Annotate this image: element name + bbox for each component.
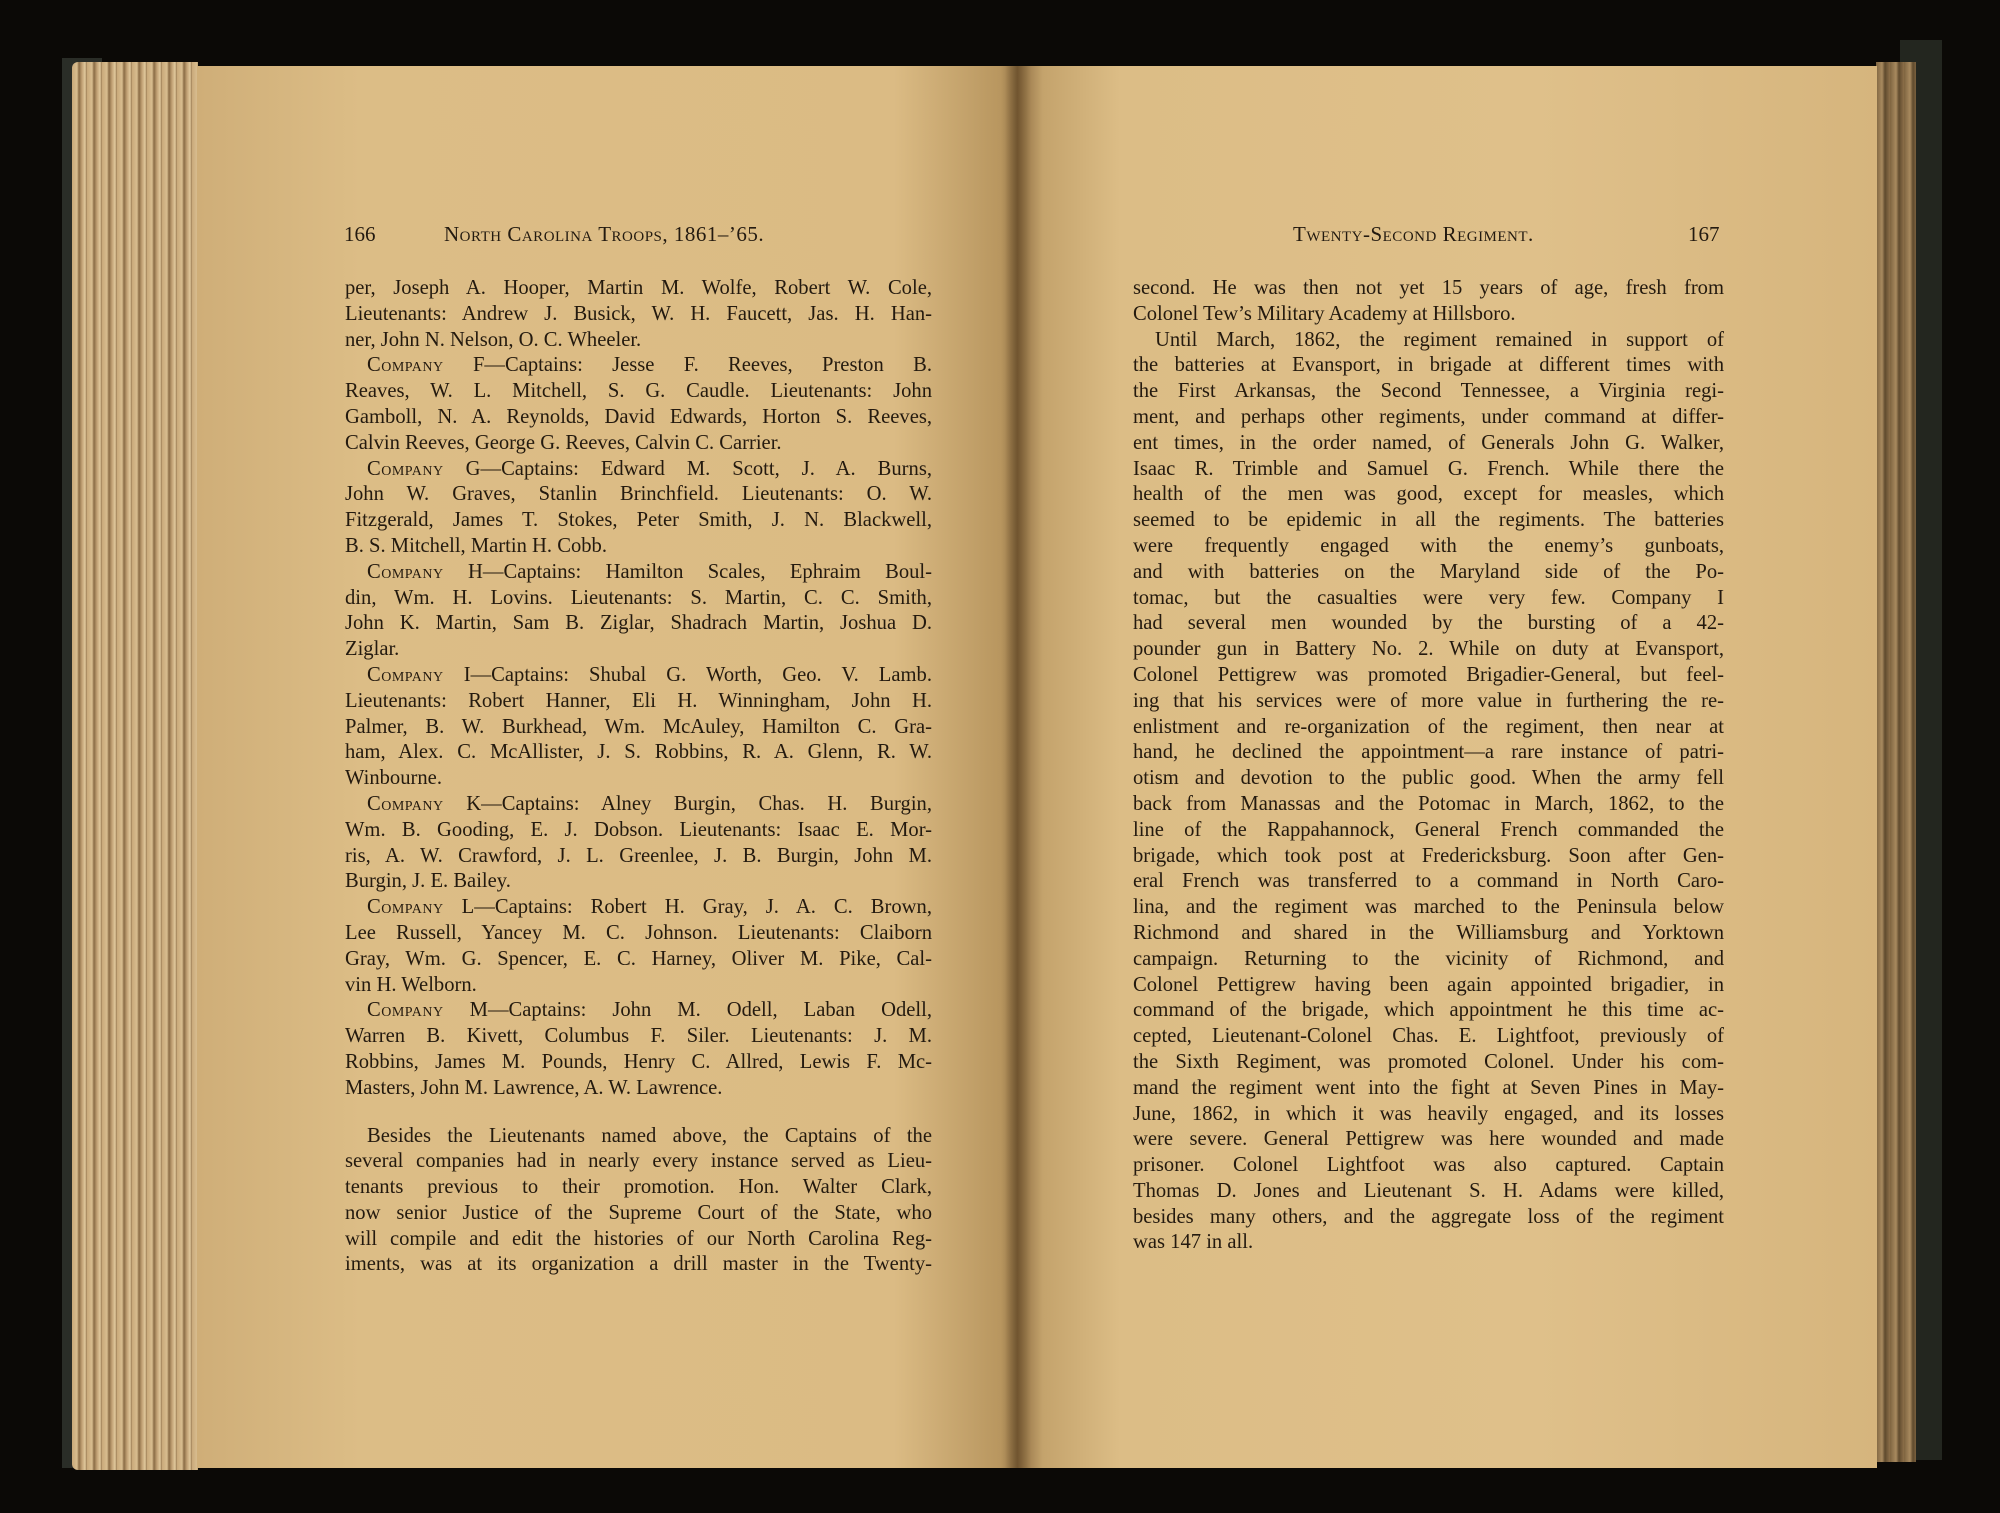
line-text: were frequently engaged with the enemy’s… (1133, 535, 1724, 557)
line-text: will compile and edit the histories of o… (345, 1228, 932, 1250)
text-line: cepted, Lieutenant-Colonel Chas. E. Ligh… (1133, 1024, 1724, 1050)
company-label: Company (367, 458, 444, 480)
line-text: Until March, 1862, the regiment remained… (1155, 329, 1724, 351)
book-gutter (1005, 66, 1031, 1468)
text-line: Company M—Captains: John M. Odell, Laban… (345, 998, 932, 1024)
company-label: Company (367, 793, 444, 815)
text-line: Burgin, J. E. Bailey. (345, 869, 932, 895)
text-line: had several men wounded by the bursting … (1133, 611, 1724, 637)
line-text: health of the men was good, except for m… (1133, 483, 1724, 505)
text-line: per, Joseph A. Hooper, Martin M. Wolfe, … (345, 276, 932, 302)
line-text: hand, he declined the appointment—a rare… (1133, 741, 1724, 763)
line-text: the Sixth Regiment, was promoted Colonel… (1133, 1051, 1724, 1073)
line-text: besides many others, and the aggregate l… (1133, 1206, 1724, 1228)
line-text: Robbins, James M. Pounds, Henry C. Allre… (345, 1051, 932, 1073)
line-text: was 147 in all. (1133, 1231, 1253, 1253)
line-text: ing that his services were of more value… (1133, 690, 1724, 712)
page-edges-left (72, 62, 198, 1470)
text-line: was 147 in all. (1133, 1230, 1724, 1256)
text-line: Thomas D. Jones and Lieutenant S. H. Ada… (1133, 1179, 1724, 1205)
line-text: Lieutenants: Andrew J. Busick, W. H. Fau… (345, 303, 932, 325)
text-line: Company I—Captains: Shubal G. Worth, Geo… (345, 663, 932, 689)
line-text: prisoner. Colonel Lightfoot was also cap… (1133, 1154, 1724, 1176)
line-text: Masters, John M. Lawrence, A. W. Lawrenc… (345, 1077, 722, 1099)
text-line: brigade, which took post at Fredericksbu… (1133, 844, 1724, 870)
text-line: Company H—Captains: Hamilton Scales, Eph… (345, 560, 932, 586)
text-line: the Sixth Regiment, was promoted Colonel… (1133, 1050, 1724, 1076)
text-line: seemed to be epidemic in all the regimen… (1133, 508, 1724, 534)
text-line: and with batteries on the Maryland side … (1133, 560, 1724, 586)
line-text: line of the Rappahannock, General French… (1133, 819, 1724, 841)
line-text: Fitzgerald, James T. Stokes, Peter Smith… (345, 509, 932, 531)
text-line: Isaac R. Trimble and Samuel G. French. W… (1133, 457, 1724, 483)
text-line: campaign. Returning to the vicinity of R… (1133, 947, 1724, 973)
text-line: now senior Justice of the Supreme Court … (345, 1201, 932, 1227)
company-label: Company (367, 354, 444, 376)
line-text: enlistment and re-organization of the re… (1133, 716, 1724, 738)
line-text: ner, John N. Nelson, O. C. Wheeler. (345, 329, 641, 351)
text-line: Lee Russell, Yancey M. C. Johnson. Lieut… (345, 921, 932, 947)
text-line: Reaves, W. L. Mitchell, S. G. Caudle. Li… (345, 379, 932, 405)
text-line: Ziglar. (345, 637, 932, 663)
line-text: F—Captains: Jesse F. Reeves, Preston B. (444, 354, 932, 376)
page-edges-right (1876, 62, 1916, 1462)
line-text: pounder gun in Battery No. 2. While on d… (1133, 638, 1724, 660)
text-line: Palmer, B. W. Burkhead, Wm. McAuley, Ham… (345, 715, 932, 741)
text-line: the batteries at Evansport, in brigade a… (1133, 353, 1724, 379)
line-text: second. He was then not yet 15 years of … (1133, 277, 1724, 299)
line-text: command of the brigade, which appointmen… (1133, 999, 1724, 1021)
line-text: Burgin, J. E. Bailey. (345, 870, 511, 892)
line-text: Winbourne. (345, 767, 442, 789)
text-line: Richmond and shared in the Williamsburg … (1133, 921, 1724, 947)
text-line: June, 1862, in which it was heavily enga… (1133, 1102, 1724, 1128)
text-line: pounder gun in Battery No. 2. While on d… (1133, 637, 1724, 663)
text-line: John W. Graves, Stanlin Brinchfield. Lie… (345, 482, 932, 508)
text-line: lina, and the regiment was marched to th… (1133, 895, 1724, 921)
text-line: ent times, in the order named, of Genera… (1133, 431, 1724, 457)
line-text: back from Manassas and the Potomac in Ma… (1133, 793, 1724, 815)
line-text: per, Joseph A. Hooper, Martin M. Wolfe, … (345, 277, 932, 299)
line-text: several companies had in nearly every in… (345, 1150, 932, 1172)
left-page-body: per, Joseph A. Hooper, Martin M. Wolfe, … (345, 276, 932, 1278)
line-text: were severe. General Pettigrew was here … (1133, 1128, 1724, 1150)
line-text: tenants previous to their promotion. Hon… (345, 1176, 932, 1198)
text-line: ris, A. W. Crawford, J. L. Greenlee, J. … (345, 844, 932, 870)
text-line: eral French was transferred to a command… (1133, 869, 1724, 895)
line-text: tomac, but the casualties were very few.… (1133, 587, 1724, 609)
text-line: command of the brigade, which appointmen… (1133, 998, 1724, 1024)
text-line: otism and devotion to the public good. W… (1133, 766, 1724, 792)
text-line: mand the regiment went into the fight at… (1133, 1076, 1724, 1102)
line-text: iments, was at its organization a drill … (345, 1253, 932, 1275)
left-page-number: 166 (344, 222, 376, 247)
text-line: ing that his services were of more value… (1133, 689, 1724, 715)
text-line: line of the Rappahannock, General French… (1133, 818, 1724, 844)
text-line: Company K—Captains: Alney Burgin, Chas. … (345, 792, 932, 818)
line-text: L—Captains: Robert H. Gray, J. A. C. Bro… (444, 896, 932, 918)
line-text: campaign. Returning to the vicinity of R… (1133, 948, 1724, 970)
text-line: prisoner. Colonel Lightfoot was also cap… (1133, 1153, 1724, 1179)
text-line: Colonel Pettigrew was promoted Brigadier… (1133, 663, 1724, 689)
line-text: Thomas D. Jones and Lieutenant S. H. Ada… (1133, 1180, 1724, 1202)
line-text: ment, and perhaps other regiments, under… (1133, 406, 1724, 428)
line-text: Palmer, B. W. Burkhead, Wm. McAuley, Ham… (345, 716, 932, 738)
line-text: Besides the Lieutenants named above, the… (367, 1125, 932, 1147)
text-line: Masters, John M. Lawrence, A. W. Lawrenc… (345, 1076, 932, 1102)
company-label: Company (367, 561, 444, 583)
line-text: eral French was transferred to a command… (1133, 870, 1724, 892)
line-text: din, Wm. H. Lovins. Lieutenants: S. Mart… (345, 587, 932, 609)
text-line: ment, and perhaps other regiments, under… (1133, 405, 1724, 431)
line-text: Warren B. Kivett, Columbus F. Siler. Lie… (345, 1025, 932, 1047)
text-line: Gray, Wm. G. Spencer, E. C. Harney, Oliv… (345, 947, 932, 973)
text-line: ham, Alex. C. McAllister, J. S. Robbins,… (345, 740, 932, 766)
line-text: now senior Justice of the Supreme Court … (345, 1202, 932, 1224)
line-text: G—Captains: Edward M. Scott, J. A. Burns… (444, 458, 932, 480)
text-line: Company L—Captains: Robert H. Gray, J. A… (345, 895, 932, 921)
text-line: back from Manassas and the Potomac in Ma… (1133, 792, 1724, 818)
text-line: tomac, but the casualties were very few.… (1133, 586, 1724, 612)
text-line: were frequently engaged with the enemy’s… (1133, 534, 1724, 560)
line-text: lina, and the regiment was marched to th… (1133, 896, 1724, 918)
text-line: vin H. Welborn. (345, 973, 932, 999)
text-line: Warren B. Kivett, Columbus F. Siler. Lie… (345, 1024, 932, 1050)
line-text: Colonel Pettigrew having been again appo… (1133, 974, 1724, 996)
company-label: Company (367, 664, 444, 686)
text-line: the First Arkansas, the Second Tennessee… (1133, 379, 1724, 405)
text-line: several companies had in nearly every in… (345, 1149, 932, 1175)
line-text: ent times, in the order named, of Genera… (1133, 432, 1724, 454)
line-text: the First Arkansas, the Second Tennessee… (1133, 380, 1724, 402)
line-text: and with batteries on the Maryland side … (1133, 561, 1724, 583)
text-line: Colonel Tew’s Military Academy at Hillsb… (1133, 302, 1724, 328)
line-text: Lieutenants: Robert Hanner, Eli H. Winni… (345, 690, 932, 712)
line-text: Gray, Wm. G. Spencer, E. C. Harney, Oliv… (345, 948, 932, 970)
line-text: vin H. Welborn. (345, 974, 477, 996)
text-line: enlistment and re-organization of the re… (1133, 715, 1724, 741)
line-text: M—Captains: John M. Odell, Laban Odell, (444, 999, 932, 1021)
text-line: B. S. Mitchell, Martin H. Cobb. (345, 534, 932, 560)
text-line: Until March, 1862, the regiment remained… (1133, 328, 1724, 354)
text-line: Lieutenants: Andrew J. Busick, W. H. Fau… (345, 302, 932, 328)
text-line: health of the men was good, except for m… (1133, 482, 1724, 508)
text-line: ner, John N. Nelson, O. C. Wheeler. (345, 328, 932, 354)
text-line: Winbourne. (345, 766, 932, 792)
text-line: second. He was then not yet 15 years of … (1133, 276, 1724, 302)
line-text: Calvin Reeves, George G. Reeves, Calvin … (345, 432, 782, 454)
line-text: June, 1862, in which it was heavily enga… (1133, 1103, 1724, 1125)
right-running-head: Twenty-Second Regiment. (1293, 222, 1534, 247)
line-text: ris, A. W. Crawford, J. L. Greenlee, J. … (345, 845, 932, 867)
text-line: din, Wm. H. Lovins. Lieutenants: S. Mart… (345, 586, 932, 612)
line-text: B. S. Mitchell, Martin H. Cobb. (345, 535, 607, 557)
line-text: I—Captains: Shubal G. Worth, Geo. V. Lam… (444, 664, 932, 686)
text-line: besides many others, and the aggregate l… (1133, 1205, 1724, 1231)
text-line: John K. Martin, Sam B. Ziglar, Shadrach … (345, 611, 932, 637)
line-text: Richmond and shared in the Williamsburg … (1133, 922, 1724, 944)
left-running-head: North Carolina Troops, 1861–’65. (444, 222, 764, 247)
text-line: hand, he declined the appointment—a rare… (1133, 740, 1724, 766)
right-page-number: 167 (1688, 222, 1720, 247)
line-text: Gamboll, N. A. Reynolds, David Edwards, … (345, 406, 932, 428)
line-text: brigade, which took post at Fredericksbu… (1133, 845, 1724, 867)
line-text: Ziglar. (345, 638, 399, 660)
line-text: cepted, Lieutenant-Colonel Chas. E. Ligh… (1133, 1025, 1724, 1047)
text-line: iments, was at its organization a drill … (345, 1252, 932, 1278)
line-text: the batteries at Evansport, in brigade a… (1133, 354, 1724, 376)
text-line: were severe. General Pettigrew was here … (1133, 1127, 1724, 1153)
line-text: John W. Graves, Stanlin Brinchfield. Lie… (345, 483, 932, 505)
text-line: Lieutenants: Robert Hanner, Eli H. Winni… (345, 689, 932, 715)
text-line: Gamboll, N. A. Reynolds, David Edwards, … (345, 405, 932, 431)
line-text: Colonel Tew’s Military Academy at Hillsb… (1133, 303, 1516, 325)
text-line: Company F—Captains: Jesse F. Reeves, Pre… (345, 353, 932, 379)
line-text: Colonel Pettigrew was promoted Brigadier… (1133, 664, 1724, 686)
text-line: Colonel Pettigrew having been again appo… (1133, 973, 1724, 999)
line-text: Lee Russell, Yancey M. C. Johnson. Lieut… (345, 922, 932, 944)
right-page-body: second. He was then not yet 15 years of … (1133, 276, 1724, 1256)
text-line: Fitzgerald, James T. Stokes, Peter Smith… (345, 508, 932, 534)
line-text: mand the regiment went into the fight at… (1133, 1077, 1724, 1099)
line-text: John K. Martin, Sam B. Ziglar, Shadrach … (345, 612, 932, 634)
line-text: Reaves, W. L. Mitchell, S. G. Caudle. Li… (345, 380, 932, 402)
text-line: will compile and edit the histories of o… (345, 1227, 932, 1253)
line-text: K—Captains: Alney Burgin, Chas. H. Burgi… (444, 793, 932, 815)
line-text: ham, Alex. C. McAllister, J. S. Robbins,… (345, 741, 932, 763)
text-line: Wm. B. Gooding, E. J. Dobson. Lieutenant… (345, 818, 932, 844)
text-line: Besides the Lieutenants named above, the… (345, 1124, 932, 1150)
text-line: Company G—Captains: Edward M. Scott, J. … (345, 457, 932, 483)
line-text: Wm. B. Gooding, E. J. Dobson. Lieutenant… (345, 819, 932, 841)
text-line: tenants previous to their promotion. Hon… (345, 1175, 932, 1201)
line-text: otism and devotion to the public good. W… (1133, 767, 1724, 789)
text-line: Robbins, James M. Pounds, Henry C. Allre… (345, 1050, 932, 1076)
line-text: Isaac R. Trimble and Samuel G. French. W… (1133, 458, 1724, 480)
company-label: Company (367, 896, 444, 918)
line-text: H—Captains: Hamilton Scales, Ephraim Bou… (444, 561, 932, 583)
line-text: had several men wounded by the bursting … (1133, 612, 1724, 634)
company-label: Company (367, 999, 444, 1021)
text-line: Calvin Reeves, George G. Reeves, Calvin … (345, 431, 932, 457)
line-text: seemed to be epidemic in all the regimen… (1133, 509, 1724, 531)
